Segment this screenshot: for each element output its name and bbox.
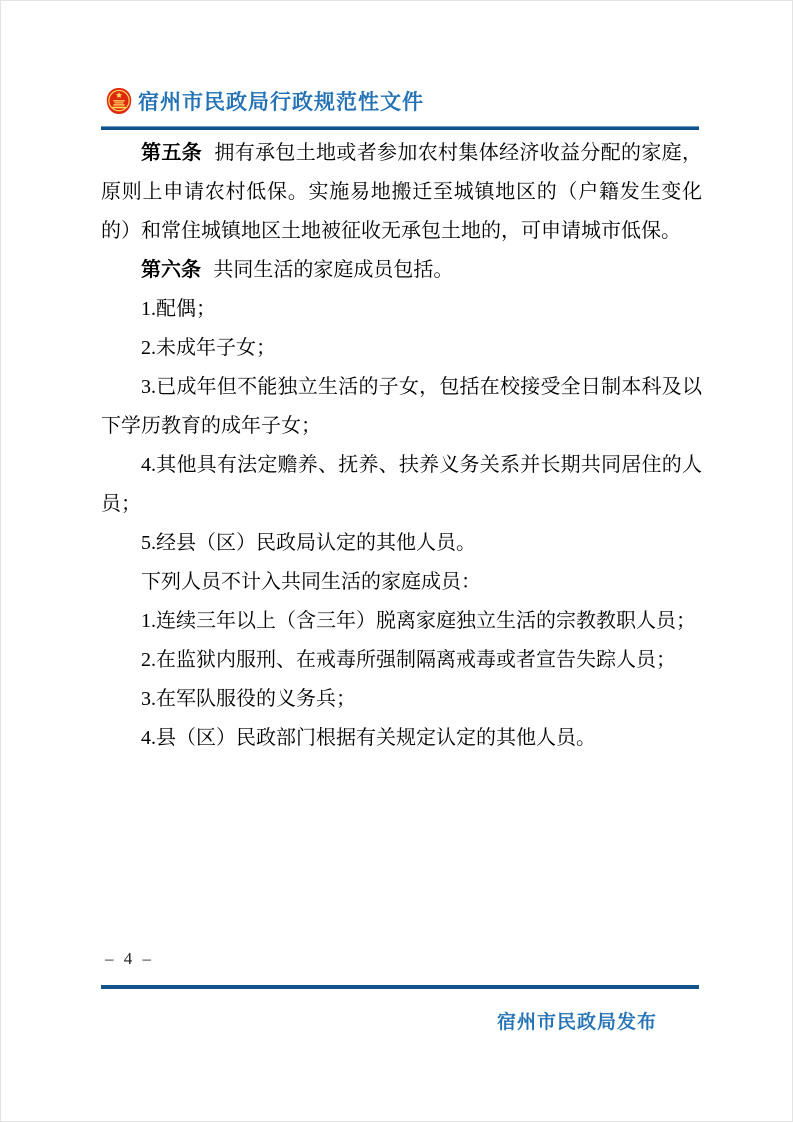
paragraph-text: 3.在军队服役的义务兵； [141,688,356,710]
paragraph-text: 2.未成年子女； [141,337,276,359]
paragraph-text: 5.经县（区）民政局认定的其他人员。 [141,532,476,554]
publisher-label: 宿州市民政局发布 [497,1007,657,1034]
paragraph-text: 3.已成年但不能独立生活的子女，包括在校接受全日制本科及以下学历教育的成年子女； [101,376,702,437]
paragraph: 下列人员不计入共同生活的家庭成员： [101,563,702,602]
paragraph: 第六条共同生活的家庭成员包括。 [101,251,702,290]
paragraph: 3.在军队服役的义务兵； [101,680,702,719]
paragraph: 2.未成年子女； [101,329,702,368]
paragraph-text: 2.在监狱内服刑、在戒毒所强制隔离戒毒或者宣告失踪人员； [141,649,676,671]
paragraph: 1.配偶； [101,290,702,329]
paragraph-text: 4.县（区）民政部门根据有关规定认定的其他人员。 [141,727,596,749]
paragraph: 1.连续三年以上（含三年）脱离家庭独立生活的宗教教职人员； [101,602,702,641]
article-label: 第六条 [141,259,201,281]
paragraph: 4.县（区）民政部门根据有关规定认定的其他人员。 [101,719,702,758]
paragraph: 第五条拥有承包土地或者参加农村集体经济收益分配的家庭，原则上申请农村低保。实施易… [101,134,702,251]
page-number: – 4 – [105,949,154,969]
document-header: 宿州市民政局行政规范性文件 [106,86,424,116]
paragraph-text: 4.其他具有法定赡养、抚养、扶养义务关系并长期共同居住的人员； [101,454,702,515]
header-divider [101,126,699,130]
paragraph-text: 1.连续三年以上（含三年）脱离家庭独立生活的宗教教职人员； [141,610,696,632]
paragraph: 2.在监狱内服刑、在戒毒所强制隔离戒毒或者宣告失踪人员； [101,641,702,680]
paragraph-text: 1.配偶； [141,298,216,320]
paragraph: 5.经县（区）民政局认定的其他人员。 [101,524,702,563]
document-page: 宿州市民政局行政规范性文件 第五条拥有承包土地或者参加农村集体经济收益分配的家庭… [0,0,793,1122]
footer-divider [101,985,699,989]
article-label: 第五条 [141,142,202,164]
paragraph-text: 下列人员不计入共同生活的家庭成员： [141,571,481,593]
header-title: 宿州市民政局行政规范性文件 [138,86,424,116]
national-emblem-icon [106,87,132,115]
paragraph: 4.其他具有法定赡养、抚养、扶养义务关系并长期共同居住的人员； [101,446,702,524]
paragraph: 3.已成年但不能独立生活的子女，包括在校接受全日制本科及以下学历教育的成年子女； [101,368,702,446]
paragraph-text: 共同生活的家庭成员包括。 [213,259,453,281]
document-body: 第五条拥有承包土地或者参加农村集体经济收益分配的家庭，原则上申请农村低保。实施易… [101,134,702,758]
